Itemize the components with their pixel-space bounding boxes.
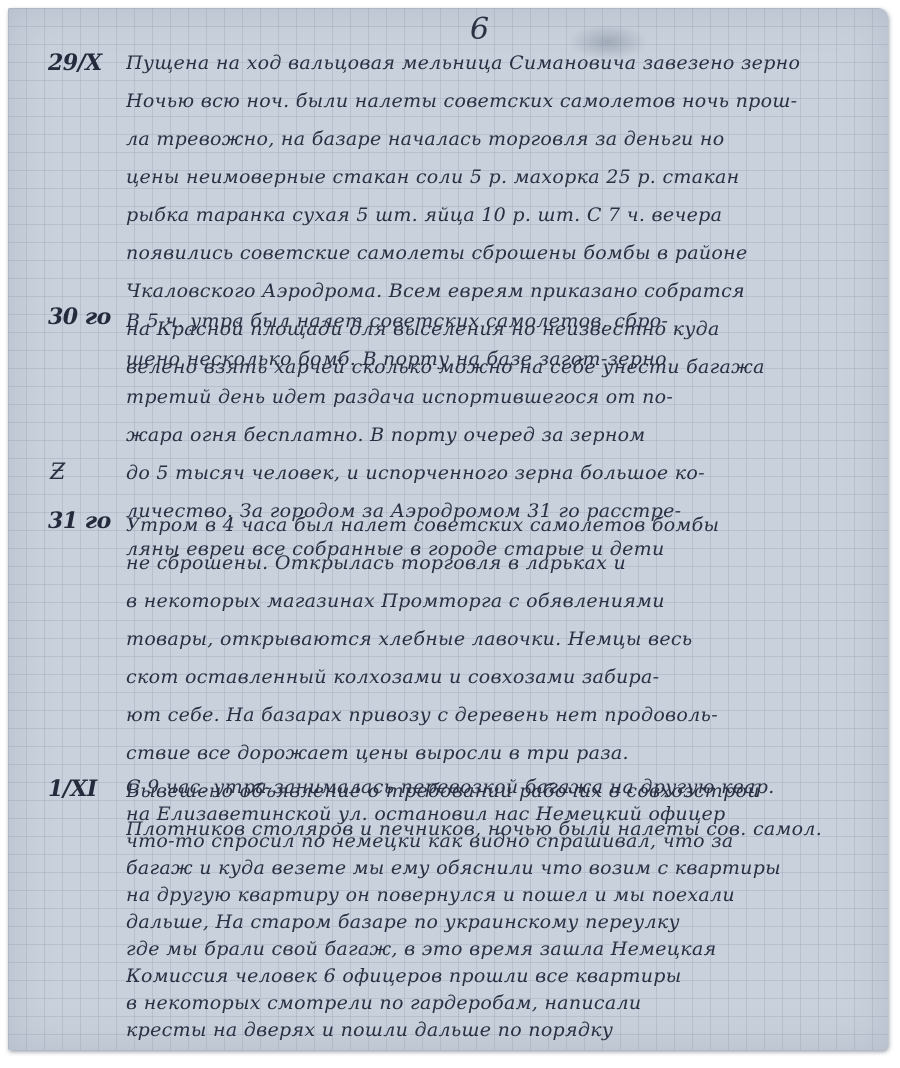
text-line: Комиссия человек 6 офицеров прошли все к… [126,963,886,990]
text-line: С 9 час. утра занималась перевозкой бага… [126,774,886,801]
text-line: кресты на дверях и пошли дальше по поряд… [126,1017,886,1044]
text-line: ют себе. На базарах привозу с деревень н… [126,696,886,734]
diary-page: 6 29/X Пущена на ход вальцовая мельница … [8,8,888,1050]
text-line: Утром в 4 часа был налет советских самол… [126,506,886,544]
text-line: в некоторых магазинах Промторга с обявле… [126,582,886,620]
text-line: на Елизаветинской ул. остановил нас Неме… [126,801,886,828]
text-line: дальше, На старом базаре по украинскому … [126,909,886,936]
entry-date: 29/X [48,50,102,76]
text-line: рыбка таранка сухая 5 шт. яйца 10 р. шт.… [126,196,886,234]
text-line: до 5 тысяч человек, и испорченного зерна… [126,454,886,492]
text-line: что-то спросил по немецки как видно спра… [126,828,886,855]
text-line: в некоторых смотрели по гардеробам, напи… [126,990,886,1017]
text-line: на другую квартиру он повернулся и пошел… [126,882,886,909]
text-line: ла тревожно, на базаре началась торговля… [126,120,886,158]
text-line: ствие все дорожает цены выросли в три ра… [126,734,886,772]
text-line: третий день идет раздача испортившегося … [126,378,886,416]
entry-date: 1/XI [48,776,97,802]
text-line: В 5 ч. утра был налет советских самолето… [126,302,886,340]
page-number: 6 [470,12,489,47]
entry-date: 30 го [48,304,111,330]
text-line: появились советские самолеты сброшены бо… [126,234,886,272]
text-line: шено несколько бомб. В порту на базе заг… [126,340,886,378]
text-line: не сброшены. Открылась торговля в ларька… [126,544,886,582]
entry-text: С 9 час. утра занималась перевозкой бага… [126,774,886,1044]
text-line: скот оставленный колхозами и совхозами з… [126,658,886,696]
entry-date: 31 го [48,508,111,534]
text-line: Пущена на ход вальцовая мельница Симанов… [126,44,886,82]
margin-mark: Ƶ [50,460,65,485]
text-line: товары, открываются хлебные лавочки. Нем… [126,620,886,658]
text-line: где мы брали свой багаж, в это время заш… [126,936,886,963]
text-line: жара огня бесплатно. В порту очеред за з… [126,416,886,454]
text-line: Ночью всю ноч. были налеты советских сам… [126,82,886,120]
text-line: цены неимоверные стакан соли 5 р. махорк… [126,158,886,196]
text-line: багаж и куда везете мы ему обяснили что … [126,855,886,882]
